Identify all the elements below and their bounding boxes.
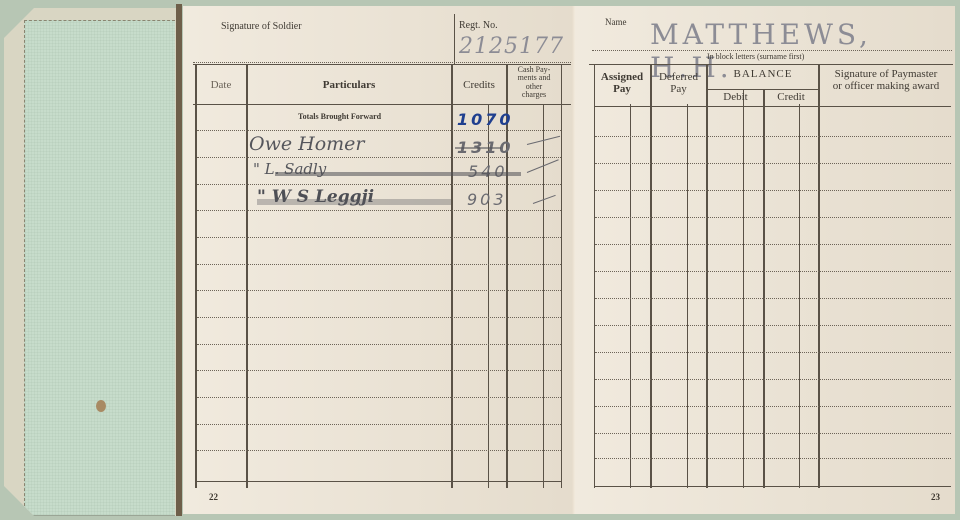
strikeout [455, 147, 501, 149]
row-rule [595, 190, 951, 191]
row-rule [197, 184, 561, 185]
name-rule [592, 50, 952, 51]
row-rule [197, 317, 561, 318]
stain [96, 400, 106, 412]
col-rule [650, 64, 652, 488]
col-rule [594, 64, 595, 488]
row-rule [197, 424, 561, 425]
header-bottom-rule [193, 104, 571, 105]
name-hint: In block letters (surname first) [707, 52, 804, 61]
row-rule [197, 210, 561, 211]
page-number-left: 22 [209, 492, 218, 502]
table-bottom-rule [595, 486, 951, 487]
signature-of-soldier-label: Signature of Soldier [221, 21, 302, 32]
totals-credit-value: 1070 [457, 110, 514, 129]
row-rule [595, 458, 951, 459]
col-rule [630, 104, 631, 488]
credits-column-header: Credits [453, 80, 505, 92]
cloth-lining [24, 20, 175, 516]
balance-column-header: BALANCE [708, 69, 818, 81]
row-rule [197, 237, 561, 238]
col-rule [743, 90, 744, 488]
table-bottom-rule [197, 481, 561, 482]
col-rule [799, 104, 800, 488]
row-rule [595, 163, 951, 164]
strikeout [257, 199, 451, 205]
strikeout [275, 172, 521, 176]
row-rule [595, 271, 951, 272]
table-top-rule [589, 64, 953, 65]
regt-no-label: Regt. No. [459, 20, 498, 31]
row-rule [197, 397, 561, 398]
row-rule [595, 352, 951, 353]
entry-particulars: Owe Homer [249, 133, 364, 155]
row-rule [595, 136, 951, 137]
row-rule [197, 370, 561, 371]
header-divider [454, 14, 455, 64]
cash-payments-column-header: Cash Pay- ments and other charges [508, 66, 560, 100]
name-label: Name [605, 17, 627, 27]
row-rule [595, 406, 951, 407]
totals-brought-forward-label: Totals Brought Forward [298, 112, 381, 121]
col-rule [561, 64, 562, 488]
row-rule [197, 130, 561, 131]
cover-flap [4, 8, 176, 516]
row-rule [595, 379, 951, 380]
row-rule [197, 450, 561, 451]
header-bottom-rule [595, 106, 951, 107]
left-page: Signature of Soldier Regt. No. 2125177 D… [183, 6, 575, 514]
paymaster-signature-column-header: Signature of Paymaster or officer making… [821, 69, 951, 92]
table-top-rule [193, 64, 571, 65]
row-rule [595, 244, 951, 245]
row-rule [595, 433, 951, 434]
entry-credit: 903 [467, 190, 507, 209]
col-rule [818, 64, 820, 488]
deferred-pay-column-header: Deferred Pay [652, 72, 705, 95]
row-rule [595, 217, 951, 218]
regt-no-value: 2125177 [459, 34, 564, 59]
right-page: Name MATTHEWS, H.H. In block letters (su… [575, 6, 955, 514]
pencil-tick [533, 195, 556, 204]
particulars-column-header: Particulars [248, 80, 450, 92]
page-number-right: 23 [931, 492, 940, 502]
date-column-header: Date [197, 80, 245, 92]
balance-subrule [708, 89, 818, 90]
row-rule [197, 157, 561, 158]
col-rule [706, 64, 708, 488]
col-rule [687, 104, 688, 488]
row-rule [197, 290, 561, 291]
binding-edge [176, 4, 182, 516]
row-rule [197, 264, 561, 265]
debit-column-header: Debit [708, 92, 763, 104]
header-rule [193, 62, 571, 63]
row-rule [595, 325, 951, 326]
credit-column-header: Credit [764, 92, 818, 104]
assigned-pay-column-header: Assigned Pay [595, 72, 649, 95]
row-rule [197, 344, 561, 345]
row-rule [595, 298, 951, 299]
col-rule [543, 104, 544, 488]
col-rule [763, 90, 765, 488]
